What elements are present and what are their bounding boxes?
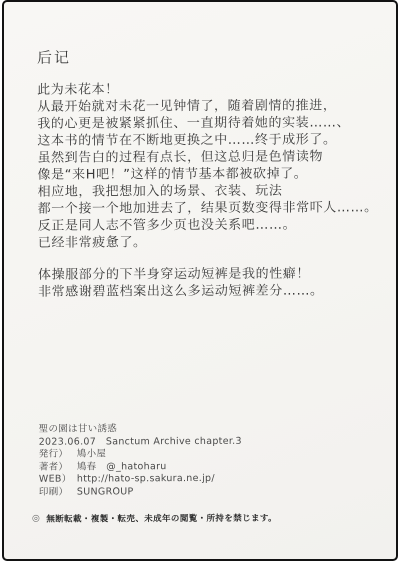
colophon-row-author: 著者） 鳩春 @_hatoharu — [39, 460, 242, 473]
notice-text: 無断転載・複製・転売、未成年の閲覧・所持を禁じます。 — [46, 512, 277, 525]
text-line: 我的心更是被紧紧抓住、一直期待着她的实装……、 — [37, 114, 377, 132]
book-title: 聖の園は甘い誘惑 — [39, 423, 242, 436]
reproduction-prohibition-notice: ◎ 無断転載・複製・転売、未成年の閲覧・所持を禁じます。 — [32, 512, 277, 525]
text-line: 体操服部分的下半身穿运动短裤是我的性癖！ — [38, 265, 324, 283]
colophon-row-publisher: 発行） 鳩小屋 — [39, 448, 242, 461]
date-and-series: 2023.06.07 Sanctum Archive chapter.3 — [39, 435, 242, 448]
afterword-paragraph-main: 此为未花本！ 从最开始就对未花一见钟情了，随着剧情的推进， 我的心更是被紧紧抓住… — [37, 80, 378, 251]
printer-label: 印刷） — [39, 486, 77, 499]
page-content: 后记 此为未花本！ 从最开始就对未花一见钟情了，随着剧情的推进， 我的心更是被紧… — [3, 1, 397, 560]
text-line: 都一个接一个地加进去了，结果页数变得非常吓人……。 — [38, 199, 378, 217]
author-value: 鳩春 @_hatoharu — [77, 461, 167, 474]
text-line: 像是“来H吧！”这样的情节基本都被砍掉了。 — [38, 165, 378, 183]
author-label: 著者） — [39, 461, 77, 474]
afterword-paragraph-secondary: 体操服部分的下半身穿运动短裤是我的性癖！ 非常感谢碧蓝档案出这么多运动短裤差分…… — [38, 265, 324, 300]
printer-value: SUNGROUP — [77, 486, 134, 499]
scanned-afterword-page: 后记 此为未花本！ 从最开始就对未花一见钟情了，随着剧情的推进， 我的心更是被紧… — [2, 0, 398, 561]
text-line: 从最开始就对未花一见钟情了，随着剧情的推进， — [37, 97, 377, 115]
publisher-value: 鳩小屋 — [77, 448, 106, 461]
text-line: 此为未花本！ — [37, 80, 377, 98]
web-label: WEB） — [39, 474, 77, 487]
publisher-label: 発行） — [39, 449, 77, 462]
colophon-row-web: WEB） http://hato-sp.sakura.ne.jp/ — [39, 473, 242, 486]
text-line: 反正是同人志不管多少页也没关系吧……。 — [38, 216, 378, 234]
text-line: 相应地，我把想加入的场景、衣装、玩法 — [38, 182, 378, 200]
text-line: 非常感谢碧蓝档案出这么多运动短裤差分……。 — [38, 282, 324, 300]
text-line: 已经非常疲惫了。 — [38, 233, 378, 251]
colophon: 聖の園は甘い誘惑 2023.06.07 Sanctum Archive chap… — [39, 423, 242, 499]
text-line: 虽然到告白的过程有点长，但这总归是色情读物 — [37, 148, 377, 166]
web-url: http://hato-sp.sakura.ne.jp/ — [77, 473, 215, 486]
afterword-heading: 后记 — [37, 47, 71, 68]
circle-mark-icon: ◎ — [32, 514, 40, 524]
colophon-row-print: 印刷） SUNGROUP — [39, 485, 242, 498]
text-line: 这本书的情节在不断地更换之中……终于成形了。 — [37, 131, 377, 149]
